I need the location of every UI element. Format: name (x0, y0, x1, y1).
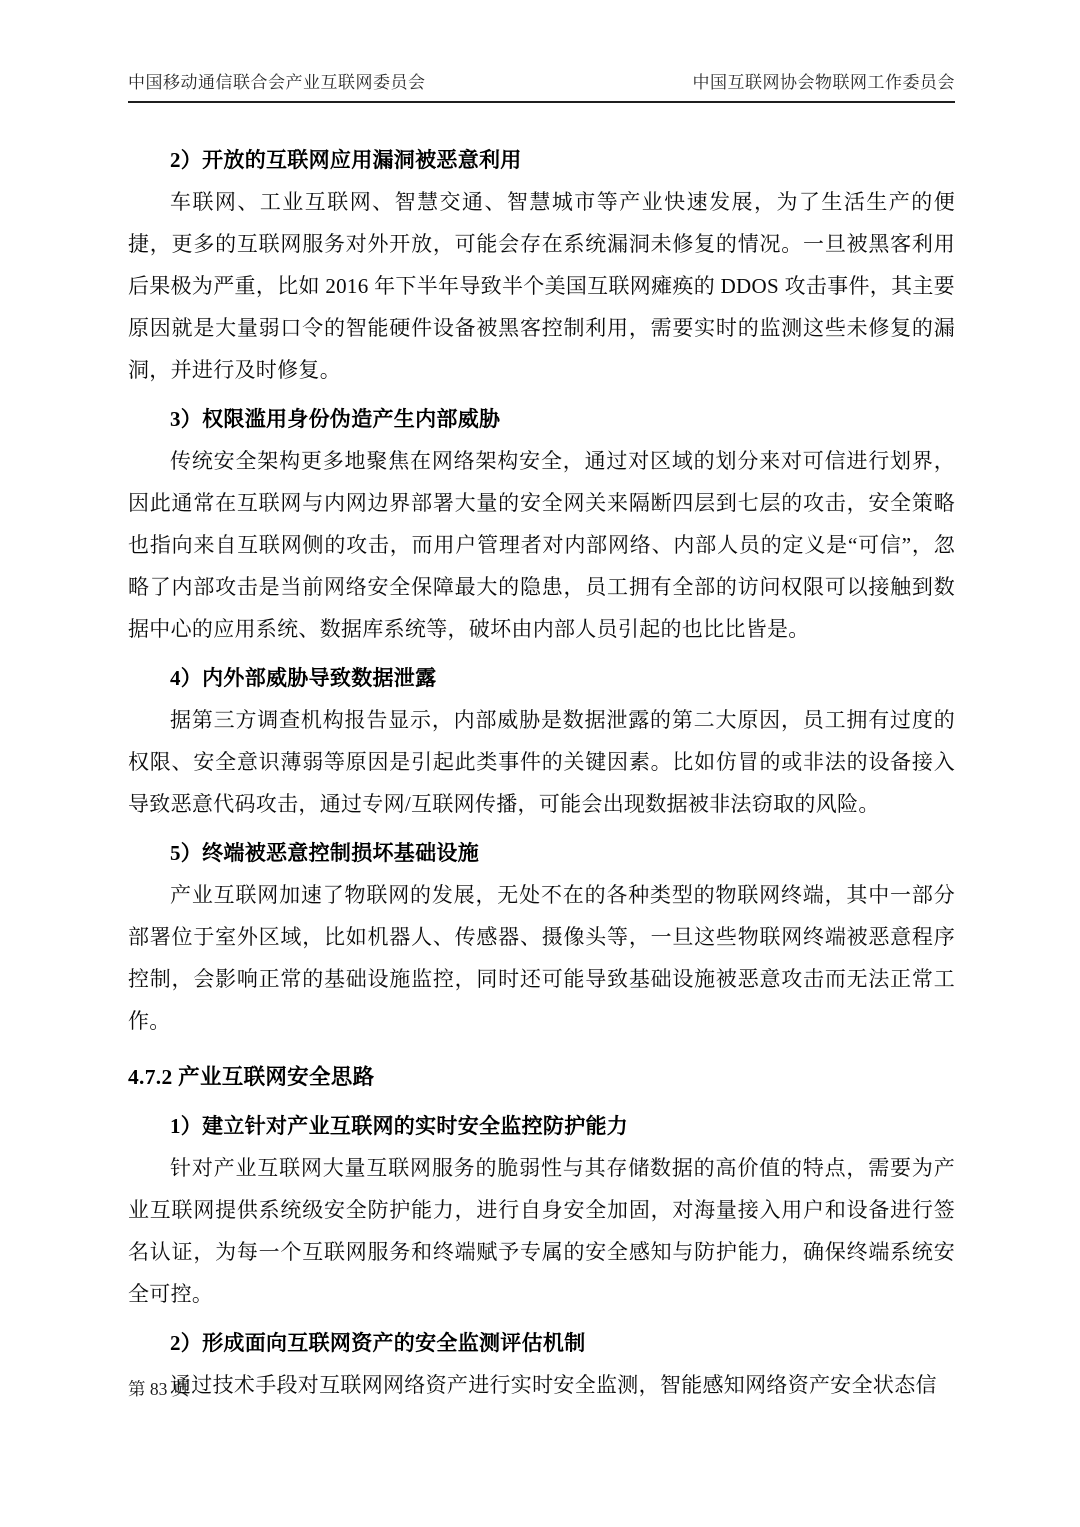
para-open-internet-vulnerabilities: 车联网、工业互联网、智慧交通、智慧城市等产业快速发展，为了生活生产的便捷，更多的… (128, 181, 955, 391)
heading-data-leak-threats: 4）内外部威胁导致数据泄露 (128, 657, 955, 699)
para-asset-monitoring-mechanism: 通过技术手段对互联网网络资产进行实时安全监测，智能感知网络资产安全状态信 (128, 1364, 955, 1406)
page-footer: 第 83 页 (128, 1376, 189, 1401)
heading-realtime-security-monitoring: 1）建立针对产业互联网的实时安全监控防护能力 (128, 1105, 955, 1147)
heading-asset-monitoring-mechanism: 2）形成面向互联网资产的安全监测评估机制 (128, 1322, 955, 1364)
para-data-leak-threats: 据第三方调查机构报告显示，内部威胁是数据泄露的第二大原因，员工拥有过度的权限、安… (128, 699, 955, 825)
heading-privilege-abuse-insider-threat: 3）权限滥用身份伪造产生内部威胁 (128, 398, 955, 440)
header-org-right: 中国互联网协会物联网工作委员会 (693, 68, 956, 93)
document-page: 中国移动通信联合会产业互联网委员会 中国互联网协会物联网工作委员会 2）开放的互… (0, 0, 1080, 1527)
heading-open-internet-vulnerabilities: 2）开放的互联网应用漏洞被恶意利用 (128, 139, 955, 181)
page-header: 中国移动通信联合会产业互联网委员会 中国互联网协会物联网工作委员会 (128, 68, 955, 103)
heading-terminal-malicious-control: 5）终端被恶意控制损坏基础设施 (128, 832, 955, 874)
page-body: 2）开放的互联网应用漏洞被恶意利用 车联网、工业互联网、智慧交通、智慧城市等产业… (128, 139, 955, 1406)
header-org-left: 中国移动通信联合会产业互联网委员会 (128, 68, 426, 93)
para-terminal-malicious-control: 产业互联网加速了物联网的发展，无处不在的各种类型的物联网终端，其中一部分部署位于… (128, 874, 955, 1042)
para-realtime-security-monitoring: 针对产业互联网大量互联网服务的脆弱性与其存储数据的高价值的特点，需要为产业互联网… (128, 1147, 955, 1315)
page-number: 第 83 页 (128, 1379, 189, 1399)
para-privilege-abuse-insider-threat: 传统安全架构更多地聚焦在网络架构安全，通过对区域的划分来对可信进行划界，因此通常… (128, 440, 955, 650)
section-heading-4-7-2-security-approach: 4.7.2 产业互联网安全思路 (128, 1056, 955, 1098)
